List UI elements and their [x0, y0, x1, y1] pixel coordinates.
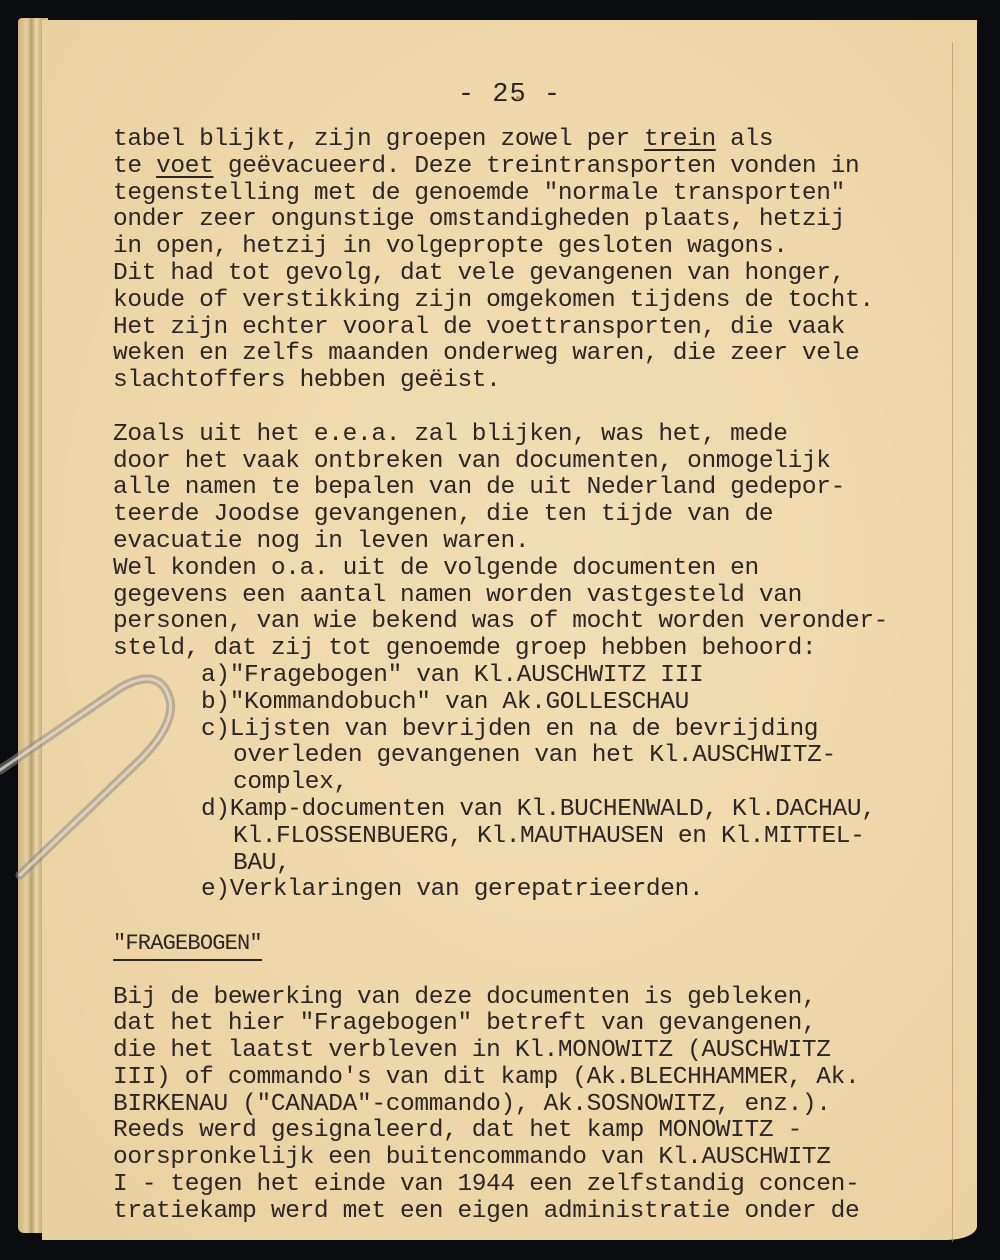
- text-line: oorspronkelijk een buitencommando van Kl…: [113, 1145, 973, 1172]
- text-line: III) of commando's van dit kamp (Ak.BLEC…: [113, 1065, 973, 1092]
- text-line: tabel blijkt, zijn groepen zowel per tre…: [113, 127, 973, 154]
- underlined-word: voet: [156, 153, 213, 180]
- text-segment: Wel konden o.a. uit de volgende document…: [113, 555, 759, 582]
- text-line: I - tegen het einde van 1944 een zelfsta…: [113, 1172, 973, 1199]
- text-line: weken en zelfs maanden onderweg waren, d…: [113, 341, 973, 368]
- list-item-line: BAU,: [113, 851, 973, 878]
- section-heading-line: "FRAGEBOGEN": [113, 931, 973, 958]
- list-item-line: c)Lijsten van bevrijden en na de bevrijd…: [113, 717, 973, 744]
- text-line: evacuatie nog in leven waren.: [113, 529, 973, 556]
- text-segment: Zoals uit het e.e.a. zal blijken, was he…: [113, 421, 788, 448]
- text-line: door het vaak ontbreken van documenten, …: [113, 449, 973, 476]
- text-line: steld, dat zij tot genoemde groep hebben…: [113, 636, 973, 663]
- text-line: Dit had tot gevolg, dat vele gevangenen …: [113, 261, 973, 288]
- text-line: slachtoffers hebben geëist.: [113, 368, 973, 395]
- text-segment: personen, van wie bekend was of mocht wo…: [113, 608, 888, 635]
- text-segment: geëvacueerd. Deze treintransporten vonde…: [213, 153, 859, 180]
- text-segment: alle namen te bepalen van de uit Nederla…: [113, 474, 845, 501]
- list-item-line: d)Kamp-documenten van Kl.BUCHENWALD, Kl.…: [113, 797, 973, 824]
- text-line: Reeds werd gesignaleerd, dat het kamp MO…: [113, 1118, 973, 1145]
- text-line: Zoals uit het e.e.a. zal blijken, was he…: [113, 422, 973, 449]
- text-line: Wel konden o.a. uit de volgende document…: [113, 556, 973, 583]
- underlined-word: trein: [644, 126, 716, 153]
- text-segment: evacuatie nog in leven waren.: [113, 528, 529, 555]
- text-segment: steld, dat zij tot genoemde groep hebben…: [113, 635, 816, 662]
- list-item-line: e)Verklaringen van gerepatrieerden.: [113, 877, 973, 904]
- text-segment: tabel blijkt, zijn groepen zowel per: [113, 126, 644, 153]
- text-segment: teerde Joodse gevangenen, die ten tijde …: [113, 501, 773, 528]
- text-line: te voet geëvacueerd. Deze treintransport…: [113, 154, 973, 181]
- text-segment: gegevens een aantal namen worden vastges…: [113, 582, 802, 609]
- text-segment: weken en zelfs maanden onderweg waren, d…: [113, 340, 859, 367]
- text-segment: als: [716, 126, 773, 153]
- list-item-line: Kl.FLOSSENBUERG, Kl.MAUTHAUSEN en Kl.MIT…: [113, 824, 973, 851]
- typewritten-text: tabel blijkt, zijn groepen zowel per tre…: [113, 127, 973, 1226]
- ink-speck: [516, 96, 520, 100]
- text-line: die het laatst verbleven in Kl.MONOWITZ …: [113, 1038, 973, 1065]
- text-line: dat het hier "Fragebogen" betreft van ge…: [113, 1011, 973, 1038]
- paragraph-gap: [113, 395, 973, 422]
- text-line: alle namen te bepalen van de uit Nederla…: [113, 475, 973, 502]
- list-item-line: overleden gevangenen van het Kl.AUSCHWIT…: [113, 743, 973, 770]
- text-segment: tegenstelling met de genoemde "normale t…: [113, 180, 845, 207]
- section-heading: "FRAGEBOGEN": [113, 931, 262, 961]
- paragraph-gap: [113, 904, 973, 931]
- text-line: personen, van wie bekend was of mocht wo…: [113, 609, 973, 636]
- text-segment: Het zijn echter vooral de voettransporte…: [113, 314, 845, 341]
- list-item-line: a)"Fragebogen" van Kl.AUSCHWITZ III: [113, 663, 973, 690]
- text-line: koude of verstikking zijn omgekomen tijd…: [113, 288, 973, 315]
- text-line: tratiekamp werd met een eigen administra…: [113, 1199, 973, 1226]
- text-line: in open, hetzij in volgepropte gesloten …: [113, 234, 973, 261]
- page-number: - 25 -: [42, 80, 977, 110]
- text-segment: slachtoffers hebben geëist.: [113, 367, 501, 394]
- text-line: teerde Joodse gevangenen, die ten tijde …: [113, 502, 973, 529]
- text-line: tegenstelling met de genoemde "normale t…: [113, 181, 973, 208]
- text-line: Bij de bewerking van deze documenten is …: [113, 985, 973, 1012]
- text-line: onder zeer ongunstige omstandigheden pla…: [113, 207, 973, 234]
- text-segment: te: [113, 153, 156, 180]
- list-item-line: b)"Kommandobuch" van Ak.GOLLESCHAU: [113, 690, 973, 717]
- paragraph-gap: [113, 958, 973, 985]
- text-segment: door het vaak ontbreken van documenten, …: [113, 448, 831, 475]
- text-line: gegevens een aantal namen worden vastges…: [113, 583, 973, 610]
- text-segment: onder zeer ongunstige omstandigheden pla…: [113, 206, 845, 233]
- list-item-line: complex,: [113, 770, 973, 797]
- text-segment: in open, hetzij in volgepropte gesloten …: [113, 233, 788, 260]
- text-line: BIRKENAU ("CANADA"-commando), Ak.SOSNOWI…: [113, 1092, 973, 1119]
- text-line: Het zijn echter vooral de voettransporte…: [113, 315, 973, 342]
- text-segment: Dit had tot gevolg, dat vele gevangenen …: [113, 260, 845, 287]
- text-segment: koude of verstikking zijn omgekomen tijd…: [113, 287, 874, 314]
